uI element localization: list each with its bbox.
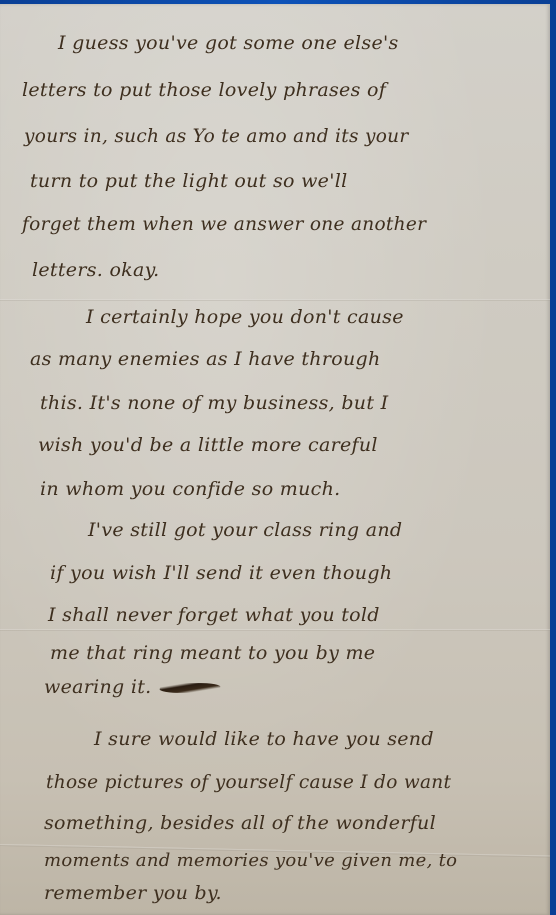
letter-line: as many enemies as I have through: [30, 348, 381, 370]
letter-line: I guess you've got some one else's: [58, 32, 399, 54]
letter-line: I shall never forget what you told: [48, 604, 380, 626]
letter-line: I sure would like to have you send: [94, 728, 434, 750]
letter-line: letters to put those lovely phrases of: [22, 79, 386, 101]
letter-line: turn to put the light out so we'll: [30, 170, 347, 192]
letter-line: remember you by.: [44, 882, 222, 904]
ink-scribble: [158, 683, 222, 693]
letter-line: I certainly hope you don't cause: [86, 306, 404, 328]
letter-line: forget them when we answer one another: [22, 214, 426, 235]
letter-line: letters. okay.: [32, 259, 159, 281]
letter-line: I've still got your class ring and: [88, 519, 402, 541]
letter-line: yours in, such as Yo te amo and its your: [24, 126, 409, 147]
letter-line: if you wish I'll send it even though: [50, 562, 392, 584]
photo-scene: I guess you've got some one else's lette…: [0, 0, 556, 915]
letter-paper: I guess you've got some one else's lette…: [0, 4, 550, 915]
letter-line: something, besides all of the wonderful: [44, 812, 436, 834]
letter-line: me that ring meant to you by me: [50, 642, 375, 664]
letter-line: those pictures of yourself cause I do wa…: [46, 772, 451, 793]
letter-line-text: wearing it.: [44, 676, 152, 698]
handwritten-letter: I guess you've got some one else's lette…: [0, 4, 550, 915]
letter-line: this. It's none of my business, but I: [40, 392, 388, 414]
letter-line: moments and memories you've given me, to: [44, 850, 457, 871]
letter-line: wish you'd be a little more careful: [38, 434, 378, 456]
letter-line: in whom you confide so much.: [40, 478, 340, 500]
letter-line-with-scribble: wearing it.: [44, 676, 220, 698]
